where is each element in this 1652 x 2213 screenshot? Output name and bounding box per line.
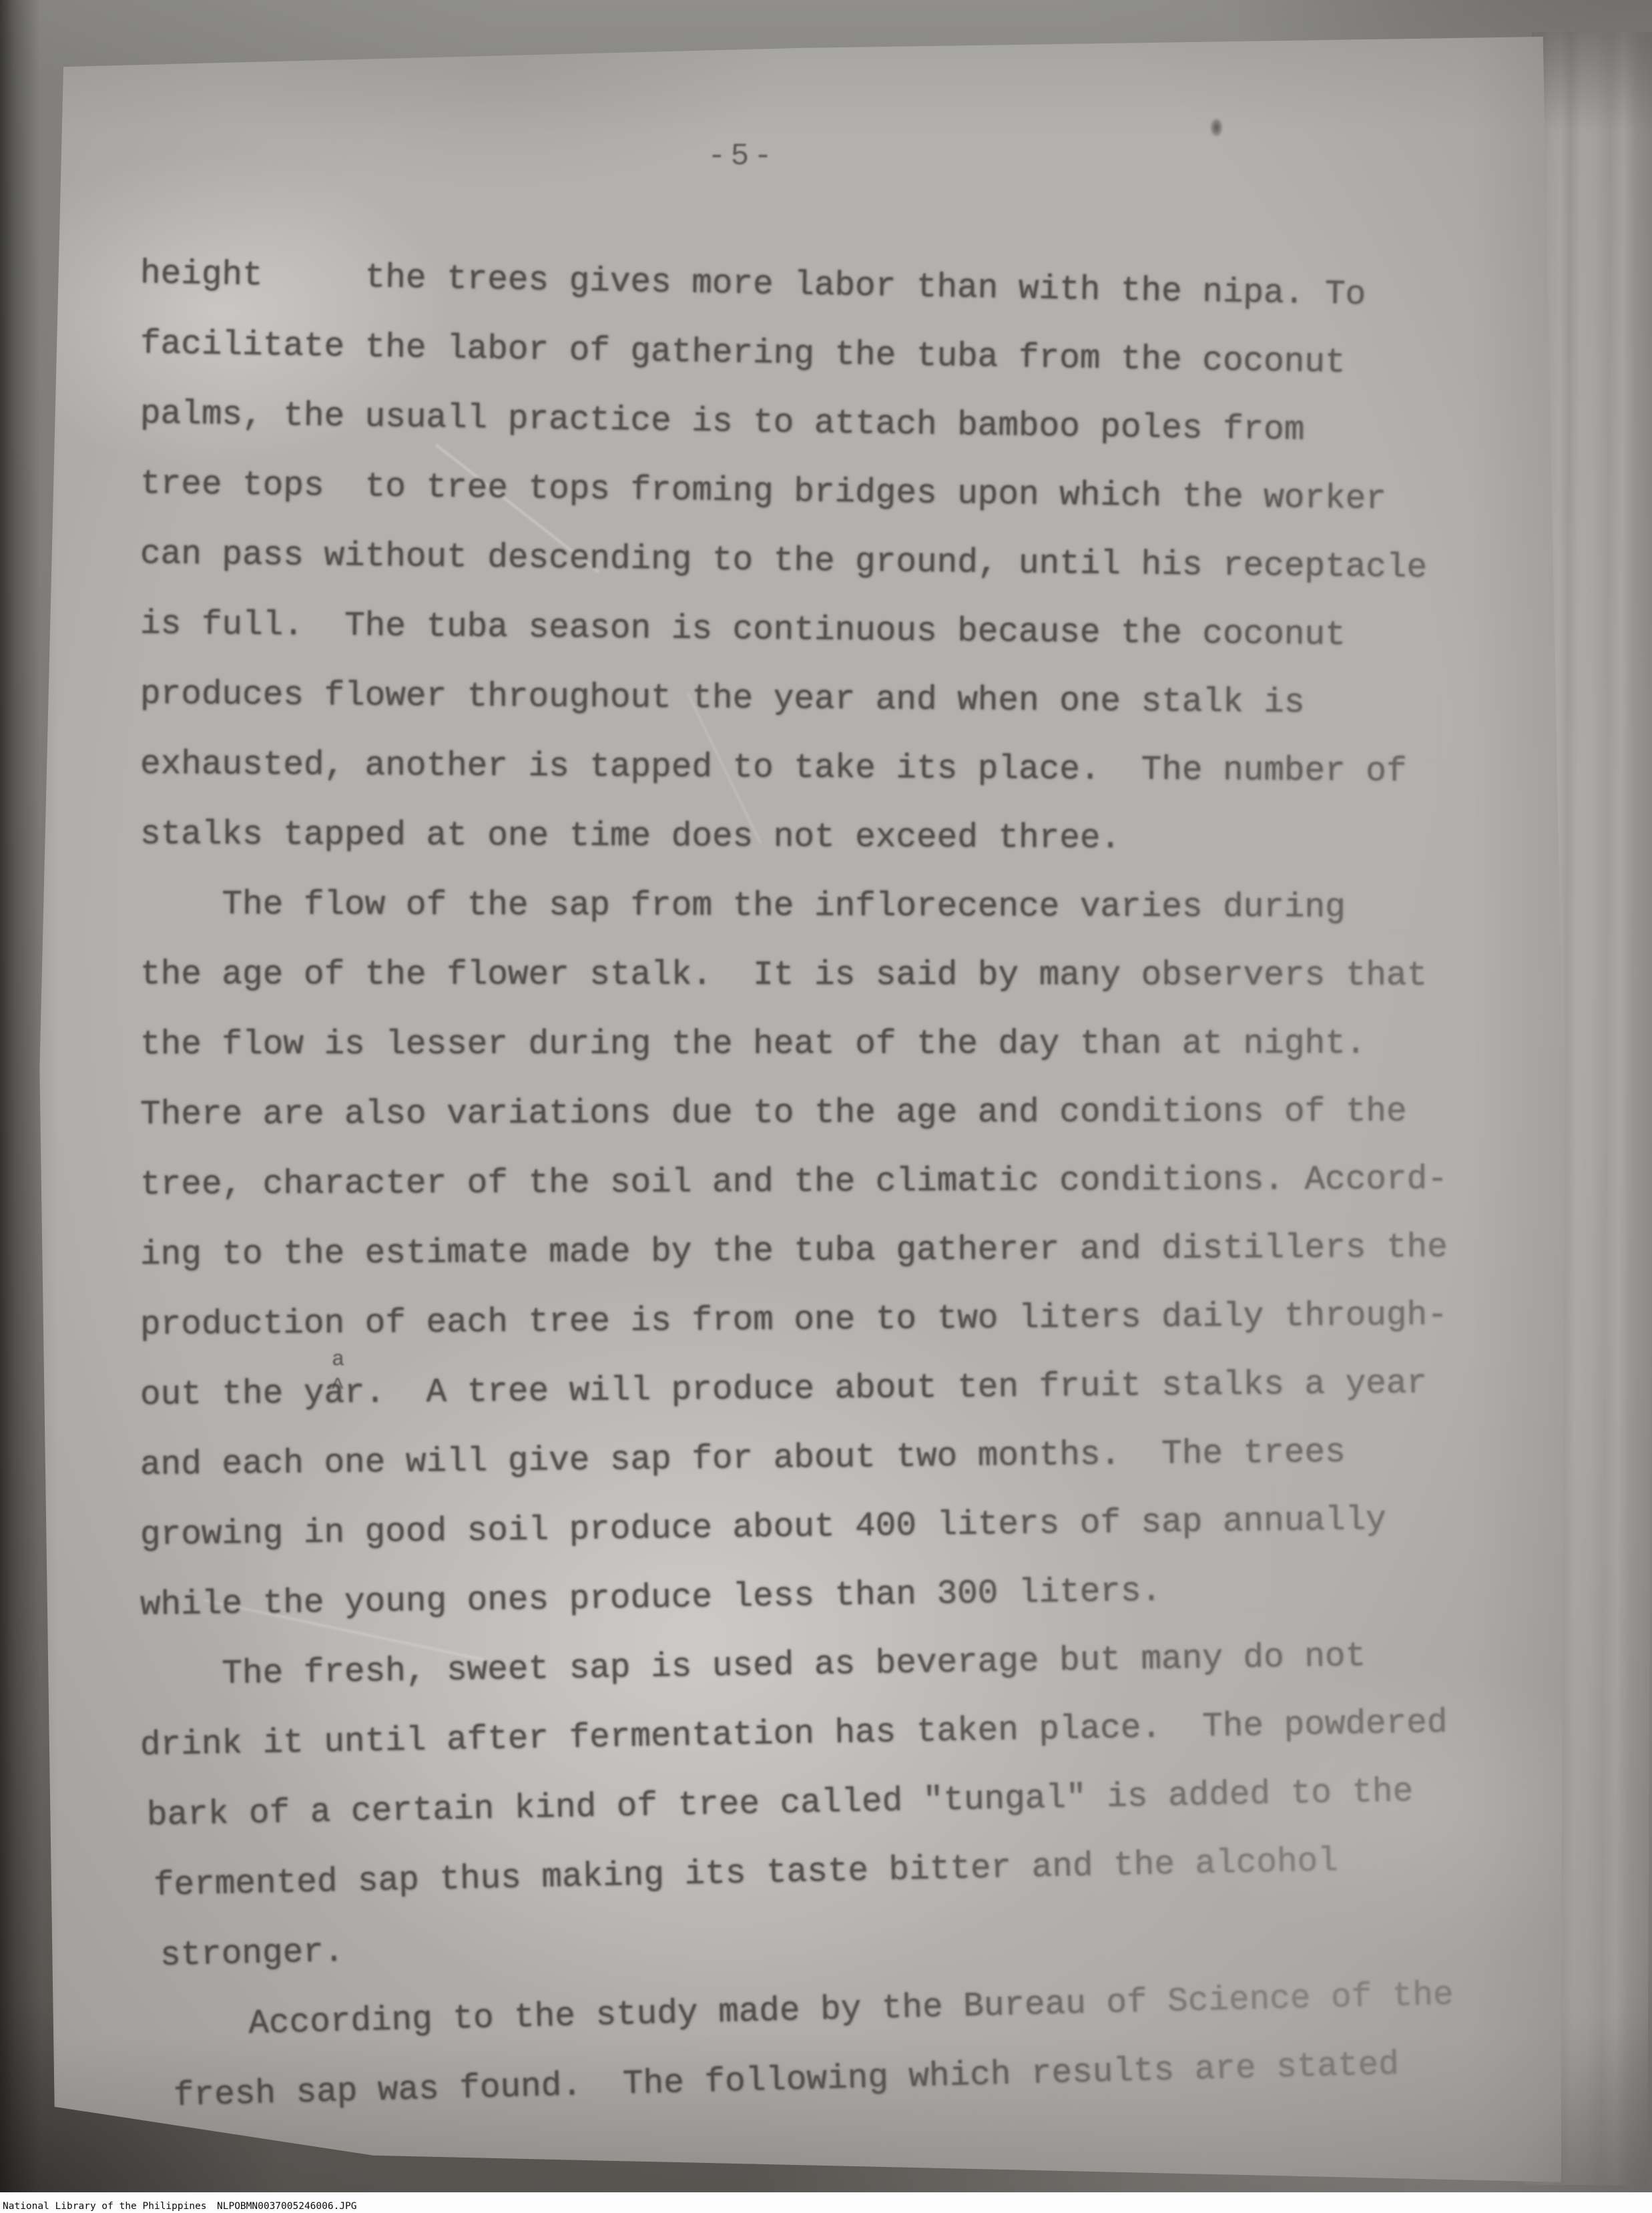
typewritten-line: tree, character of the soil and the clim… xyxy=(140,1163,1448,1202)
library-footer-bar: National Library of the Philippines NLPO… xyxy=(0,2192,1652,2213)
typewritten-line: bark of a certain kind of tree called "t… xyxy=(147,1775,1414,1833)
typewritten-line: growing in good soil produce about 400 l… xyxy=(140,1503,1386,1553)
typewritten-line: exhausted, another is tapped to take its… xyxy=(140,748,1407,789)
inserted-letter-above: a xyxy=(332,1347,344,1372)
typewritten-line: facilitate the labor of gathering the tu… xyxy=(140,327,1346,381)
typewritten-line: production of each tree is from one to t… xyxy=(140,1298,1448,1342)
typewritten-line: fermented sap thus making its taste bitt… xyxy=(153,1845,1338,1903)
footer-library-label: National Library of the Philippines xyxy=(3,2201,207,2212)
typewritten-line: while the young ones produce less than 3… xyxy=(140,1575,1162,1623)
footer-filename-label: NLPOBMN0037005246006.JPG xyxy=(217,2201,357,2212)
typewritten-line: can pass without descending to the groun… xyxy=(140,537,1428,585)
typewritten-line: According to the study made by the Burea… xyxy=(166,1979,1454,2043)
typewritten-line: produces flower throughout the year and … xyxy=(140,678,1305,720)
typewritten-line: The fresh, sweet sap is used as beverage… xyxy=(140,1640,1366,1693)
typewritten-line: The flow of the sap from the inflorecenc… xyxy=(140,888,1346,925)
typewritten-line: height the trees gives more labor than w… xyxy=(140,257,1366,312)
typewritten-line: palms, the usuall practice is to attach … xyxy=(140,397,1305,448)
typewritten-line: is full. The tuba season is continuous b… xyxy=(140,607,1346,653)
typewritten-line: stalks tapped at one time does not excee… xyxy=(140,818,1121,856)
typewritten-line: There are also variations due to the age… xyxy=(140,1095,1407,1132)
typewritten-line: fresh sap was found. The following which… xyxy=(173,2048,1399,2114)
typewritten-line: the age of the flower stalk. It is said … xyxy=(140,958,1427,993)
typewritten-line: drink it until after fermentation has ta… xyxy=(140,1706,1448,1763)
typewritten-line: and each one will give sap for about two… xyxy=(140,1436,1346,1483)
typewritten-line: the flow is lesser during the heat of th… xyxy=(140,1027,1366,1062)
scanned-book-page-photo: -5- height the trees gives more labor th… xyxy=(0,0,1652,2213)
typewritten-line: ing to the estimate made by the tuba gat… xyxy=(140,1231,1448,1272)
typewritten-line: stronger. xyxy=(160,1935,344,1973)
insertion-caret-mark: ^ xyxy=(330,1374,345,1401)
typewritten-text-block: height the trees gives more labor than w… xyxy=(0,0,1652,2213)
typewritten-line: tree tops to tree tops froming bridges u… xyxy=(140,467,1386,517)
